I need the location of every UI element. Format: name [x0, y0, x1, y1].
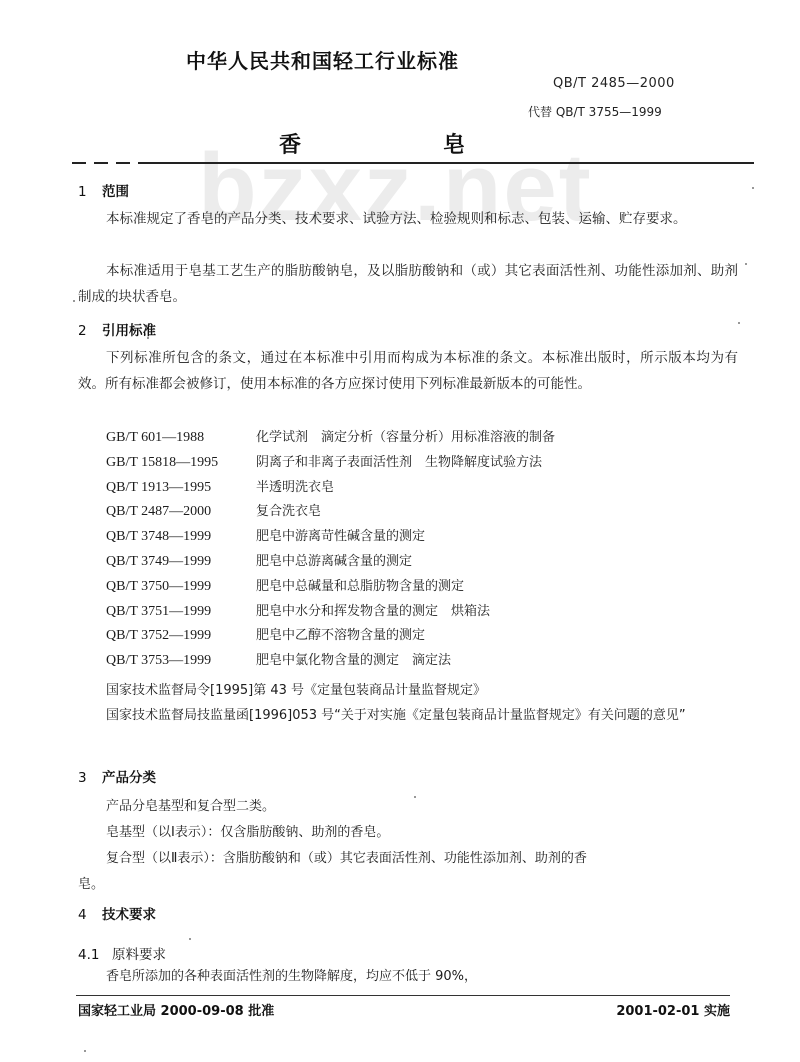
standard-number: QB/T 2485—2000 — [553, 76, 675, 91]
reference-regulation-2: 国家技术监督局技监量函[1996]053 号“关于对实施《定量包装商品计量监督规… — [78, 703, 738, 728]
reference-title: 半透明洗衣皂 — [256, 480, 334, 495]
reference-list: GB/T 601—1988化学试剂 滴定分析（容量分析）用标准溶液的制备 GB/… — [106, 426, 746, 674]
approval-line: 国家轻工业局 2000-09-08 批准 — [78, 1000, 274, 1019]
section-heading-classification: 3产品分类 — [78, 766, 156, 786]
reference-item: QB/T 3752—1999肥皂中乙醇不溶物含量的测定 — [106, 624, 746, 649]
reference-item: QB/T 3750—1999肥皂中总碱量和总脂肪物含量的测定 — [106, 575, 746, 600]
reference-code: QB/T 2487—2000 — [106, 500, 256, 525]
reference-regulation-1: 国家技术监督局令[1995]第 43 号《定量包装商品计量监督规定》 — [78, 678, 738, 703]
reference-item: QB/T 1913—1995半透明洗衣皂 — [106, 476, 746, 501]
reference-code: QB/T 3749—1999 — [106, 550, 256, 575]
reference-item: GB/T 15818—1995阴离子和非离子表面活性剂 生物降解度试验方法 — [106, 451, 746, 476]
reference-title: 阴离子和非离子表面活性剂 生物降解度试验方法 — [256, 455, 542, 470]
section-title: 产品分类 — [102, 770, 156, 786]
reference-item: QB/T 3748—1999肥皂中游离苛性碱含量的测定 — [106, 525, 746, 550]
footer-divider — [76, 995, 730, 996]
scan-speck — [745, 263, 747, 265]
scope-paragraph-1: 本标准规定了香皂的产品分类、技术要求、试验方法、检验规则和标志、包装、运输、贮存… — [78, 206, 738, 232]
reference-item: QB/T 3749—1999肥皂中总游离碱含量的测定 — [106, 550, 746, 575]
scan-speck — [752, 187, 754, 189]
issuing-organization: 中华人民共和国轻工行业标准 — [186, 45, 459, 74]
section-number: 4 — [78, 907, 102, 923]
scan-speck — [738, 322, 740, 324]
section-heading-references: 2引用标准 — [78, 319, 156, 339]
implementation-date: 2001-02-01 实施 — [616, 1000, 730, 1019]
scope-paragraph-2: 本标准适用于皂基工艺生产的脂肪酸钠皂，及以脂肪酸钠和（或）其它表面活性剂、功能性… — [78, 258, 738, 310]
reference-item: QB/T 2487—2000复合洗衣皂 — [106, 500, 746, 525]
reference-code: QB/T 3751—1999 — [106, 600, 256, 625]
reference-title: 肥皂中总游离碱含量的测定 — [256, 554, 412, 569]
scan-speck — [189, 938, 191, 940]
reference-title: 肥皂中氯化物含量的测定 滴定法 — [256, 653, 451, 668]
reference-title: 肥皂中总碱量和总脂肪物含量的测定 — [256, 579, 464, 594]
reference-title: 复合洗衣皂 — [256, 504, 321, 519]
section-heading-scope: 1范围 — [78, 180, 129, 200]
scan-speck — [414, 796, 416, 798]
subsection-number: 4.1 — [78, 947, 112, 963]
replaced-standard: 代替 QB/T 3755—1999 — [528, 103, 662, 120]
scan-speck — [73, 300, 75, 302]
classification-line-4: 皂。 — [78, 872, 104, 898]
section-number: 1 — [78, 184, 102, 200]
reference-title: 肥皂中乙醇不溶物含量的测定 — [256, 628, 425, 643]
reference-code: QB/T 1913—1995 — [106, 476, 256, 501]
section-number: 3 — [78, 770, 102, 786]
raw-materials-text: 香皂所添加的各种表面活性剂的生物降解度，均应不低于 90%， — [106, 964, 477, 990]
classification-line-2: 皂基型（以Ⅰ表示）：仅含脂肪酸钠、助剂的香皂。 — [106, 820, 389, 846]
reference-code: GB/T 601—1988 — [106, 426, 256, 451]
scan-speck — [84, 1050, 86, 1052]
classification-line-3: 复合型（以Ⅱ表示）：含脂肪酸钠和（或）其它表面活性剂、功能性添加剂、助剂的香 — [106, 846, 587, 872]
reference-code: QB/T 3748—1999 — [106, 525, 256, 550]
section-number: 2 — [78, 323, 102, 339]
subsection-title: 原料要求 — [112, 947, 166, 963]
header-divider — [64, 162, 754, 164]
references-intro: 下列标准所包含的条文，通过在本标准中引用而构成为本标准的条文。本标准出版时，所示… — [78, 345, 738, 397]
reference-code: QB/T 3752—1999 — [106, 624, 256, 649]
reference-item: GB/T 601—1988化学试剂 滴定分析（容量分析）用标准溶液的制备 — [106, 426, 746, 451]
reference-item: QB/T 3753—1999肥皂中氯化物含量的测定 滴定法 — [106, 649, 746, 674]
reference-code: GB/T 15818—1995 — [106, 451, 256, 476]
section-heading-technical-requirements: 4技术要求 — [78, 903, 156, 923]
reference-title: 肥皂中游离苛性碱含量的测定 — [256, 529, 425, 544]
reference-title: 化学试剂 滴定分析（容量分析）用标准溶液的制备 — [256, 430, 555, 445]
reference-title: 肥皂中水分和挥发物含量的测定 烘箱法 — [256, 604, 490, 619]
document-title: 香 皂 — [279, 128, 525, 159]
classification-line-1: 产品分皂基型和复合型二类。 — [106, 794, 275, 820]
section-title: 技术要求 — [102, 907, 156, 923]
header-divider-wear — [64, 160, 144, 165]
reference-code: QB/T 3750—1999 — [106, 575, 256, 600]
document-page: bzxz.net 中华人民共和国轻工行业标准 QB/T 2485—2000 代替… — [0, 0, 800, 1062]
scan-speck — [474, 212, 476, 214]
subsection-heading-raw-materials: 4.1原料要求 — [78, 943, 166, 963]
section-title: 范围 — [102, 184, 129, 200]
reference-code: QB/T 3753—1999 — [106, 649, 256, 674]
reference-item: QB/T 3751—1999肥皂中水分和挥发物含量的测定 烘箱法 — [106, 600, 746, 625]
scan-speck — [147, 337, 149, 339]
